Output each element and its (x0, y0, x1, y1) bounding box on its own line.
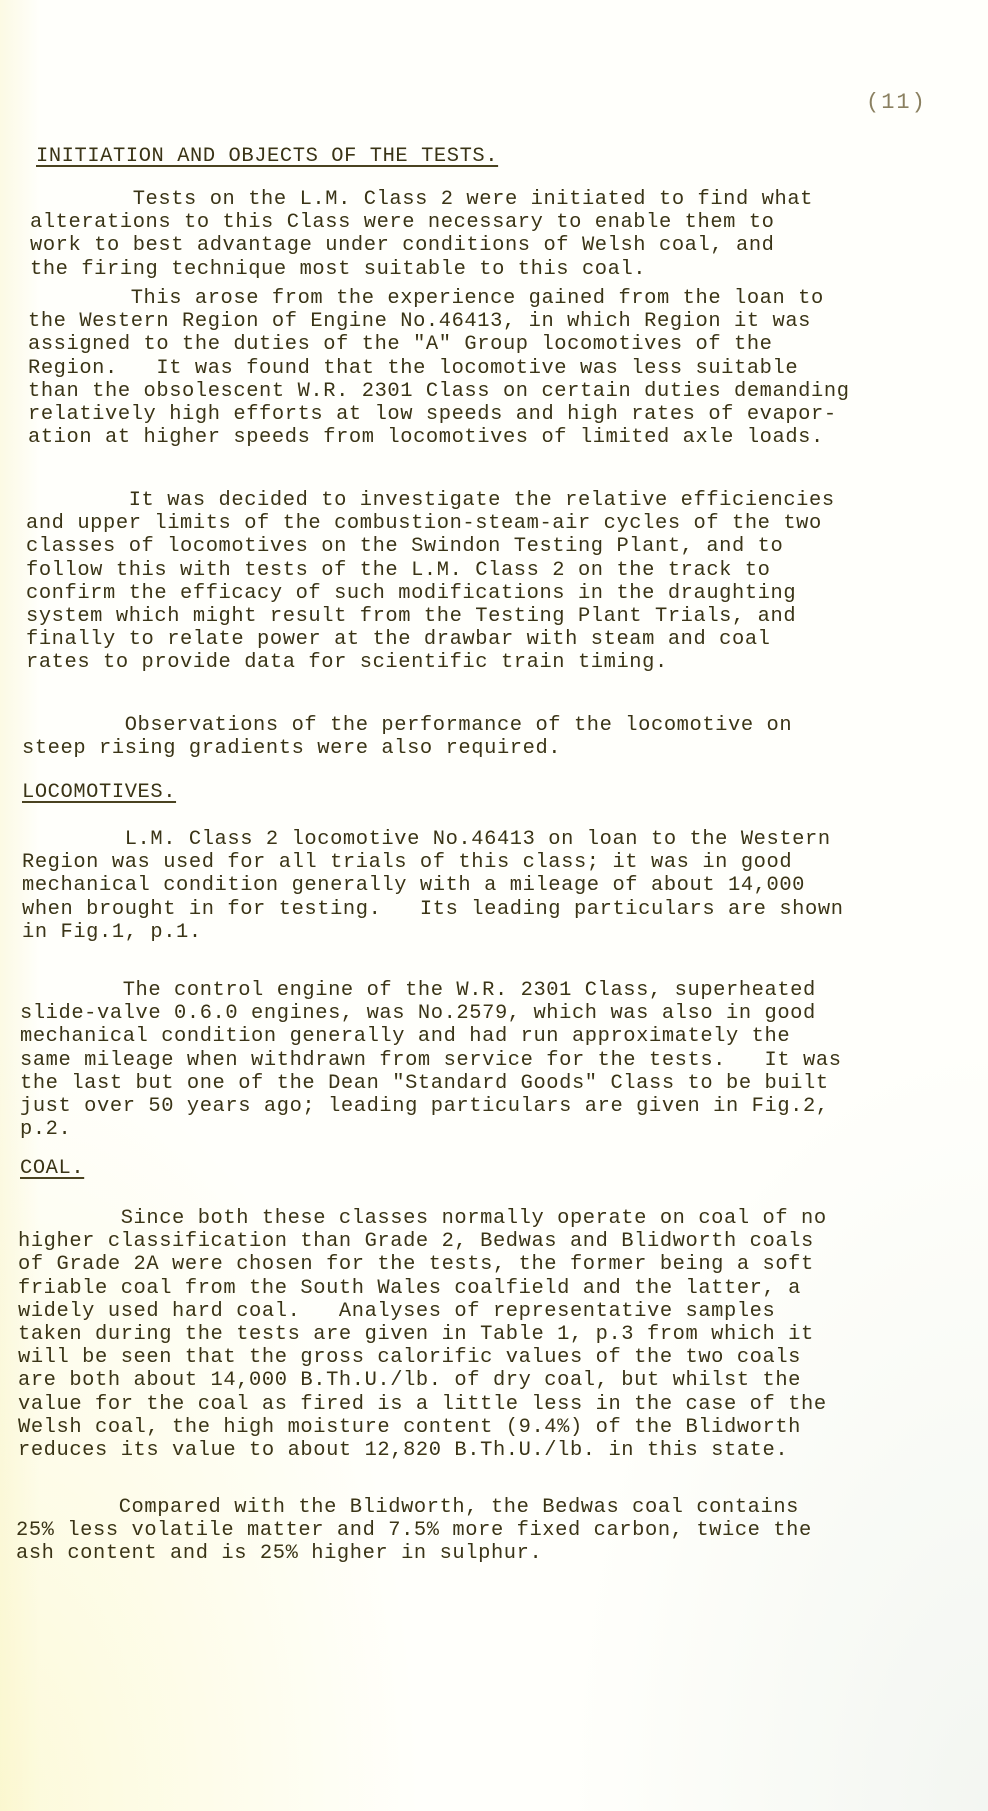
paragraph-line: same mileage when withdrawn from service… (20, 1050, 842, 1072)
paragraph-line: Tests on the L.M. Class 2 were initiated… (30, 189, 813, 211)
paragraph-line: when brought in for testing. Its leading… (22, 899, 844, 921)
paragraph-line: value for the coal as fired is a little … (18, 1394, 827, 1416)
paragraph-line: in Fig.1, p.1. (22, 922, 202, 944)
paragraph-line: steep rising gradients were also require… (22, 738, 561, 760)
paragraph-line: Welsh coal, the high moisture content (9… (18, 1417, 801, 1439)
paragraph-line: just over 50 years ago; leading particul… (20, 1096, 829, 1118)
paragraph-line: than the obsolescent W.R. 2301 Class on … (28, 381, 850, 403)
paragraph-line: Compared with the Blidworth, the Bedwas … (16, 1497, 799, 1519)
paragraph-line: The control engine of the W.R. 2301 Clas… (20, 980, 816, 1002)
paragraph-line: higher classification than Grade 2, Bedw… (18, 1231, 814, 1253)
paragraph-line: mechanical condition generally with a mi… (22, 875, 805, 897)
paragraph-line: widely used hard coal. Analyses of repre… (18, 1301, 775, 1323)
paragraph-line: classes of locomotives on the Swindon Te… (26, 536, 783, 558)
paragraph-line: rates to provide data for scientific tra… (26, 652, 668, 674)
paragraph-line: L.M. Class 2 locomotive No.46413 on loan… (22, 829, 831, 851)
paragraph-line: p.2. (20, 1119, 71, 1141)
paragraph-line: Region was used for all trials of this c… (22, 852, 792, 874)
paragraph-line: of Grade 2A were chosen for the tests, t… (18, 1254, 814, 1276)
paragraph-line: system which might result from the Testi… (26, 606, 796, 628)
paragraph-line: mechanical condition generally and had r… (20, 1026, 790, 1048)
paragraph-line: slide-valve 0.6.0 engines, was No.2579, … (20, 1003, 816, 1025)
paragraph-line: ash content and is 25% higher in sulphur… (16, 1543, 542, 1565)
paragraph-line: Observations of the performance of the l… (22, 715, 792, 737)
section-heading-initiation: INITIATION AND OBJECTS OF THE TESTS. (36, 146, 498, 168)
paragraph-line: and upper limits of the combustion-steam… (26, 513, 822, 535)
paragraph-line: the firing technique most suitable to th… (30, 259, 646, 281)
paragraph-line: alterations to this Class were necessary… (30, 212, 775, 234)
section-heading-locomotives: LOCOMOTIVES. (22, 782, 176, 804)
paragraph-line: taken during the tests are given in Tabl… (18, 1324, 814, 1346)
paragraph-line: 25% less volatile matter and 7.5% more f… (16, 1520, 812, 1542)
paragraph-line: finally to relate power at the drawbar w… (26, 629, 771, 651)
paragraph-line: This arose from the experience gained fr… (28, 288, 824, 310)
paragraph-line: ation at higher speeds from locomotives … (28, 427, 824, 449)
paragraph-line: the last but one of the Dean "Standard G… (20, 1073, 829, 1095)
paragraph-line: It was decided to investigate the relati… (26, 490, 835, 512)
paragraph-line: Since both these classes normally operat… (18, 1208, 827, 1230)
paragraph-line: work to best advantage under conditions … (30, 235, 775, 257)
paragraph-line: relatively high efforts at low speeds an… (28, 404, 837, 426)
paragraph-line: the Western Region of Engine No.46413, i… (28, 311, 811, 333)
paragraph-line: reduces its value to about 12,820 B.Th.U… (18, 1440, 788, 1462)
paragraph-line: confirm the efficacy of such modificatio… (26, 583, 796, 605)
page-number: (11) (866, 90, 927, 115)
section-heading-coal: COAL. (20, 1158, 84, 1180)
paragraph-line: will be seen that the gross calorific va… (18, 1347, 801, 1369)
paragraph-line: assigned to the duties of the "A" Group … (28, 334, 773, 356)
paragraph-line: friable coal from the South Wales coalfi… (18, 1278, 801, 1300)
paragraph-line: are both about 14,000 B.Th.U./lb. of dry… (18, 1370, 801, 1392)
paragraph-line: follow this with tests of the L.M. Class… (26, 560, 771, 582)
paragraph-line: Region. It was found that the locomotive… (28, 358, 798, 380)
